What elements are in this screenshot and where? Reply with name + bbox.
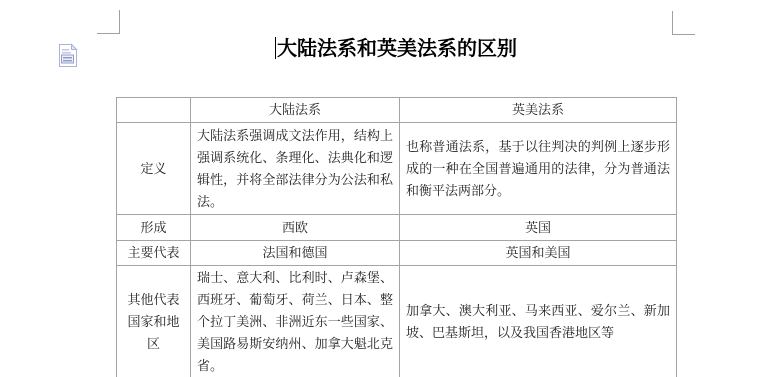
row-label[interactable]: 定义 (117, 123, 191, 215)
margin-crop-mark-top-right (672, 11, 673, 35)
margin-crop-mark-top-right (672, 34, 695, 35)
text-cursor (275, 37, 276, 59)
table-header-row: 大陆法系 英美法系 (117, 98, 677, 123)
table-row-definition: 定义 大陆法系强调成文法作用，结构上强调系统化、条理化、法典化和逻辑性，并将全部… (117, 123, 677, 215)
header-cell-common-law[interactable]: 英美法系 (400, 98, 677, 123)
cell-civil-other-regions[interactable]: 瑞士、意大利、比利时、卢森堡、西班牙、葡萄牙、荷兰、日本、整个拉丁美洲、非洲近东… (191, 266, 400, 377)
cell-common-representatives[interactable]: 英国和美国 (400, 241, 677, 266)
margin-crop-mark-top-left (97, 33, 120, 34)
document-icon[interactable] (57, 43, 79, 68)
cell-common-definition[interactable]: 也称普通法系，基于以往判决的判例上逐步形成的一种在全国普遍通用的法律，分为普通法… (400, 123, 677, 215)
document-page: 大陆法系和英美法系的区别 大陆法系 英美法系 定义 大陆法系强调成文法作用，结构… (0, 0, 784, 377)
cell-civil-formation[interactable]: 西欧 (191, 215, 400, 241)
row-label[interactable]: 主要代表 (117, 241, 191, 266)
margin-crop-mark-top-left (119, 10, 120, 34)
cell-civil-representatives[interactable]: 法国和德国 (191, 241, 400, 266)
header-cell-civil-law[interactable]: 大陆法系 (191, 98, 400, 123)
page-title[interactable]: 大陆法系和英美法系的区别 (277, 38, 517, 60)
table-row-formation: 形成 西欧 英国 (117, 215, 677, 241)
cell-common-formation[interactable]: 英国 (400, 215, 677, 241)
row-label[interactable]: 其他代表国家和地区 (117, 266, 191, 377)
table-row-main-representatives: 主要代表 法国和德国 英国和美国 (117, 241, 677, 266)
comparison-table: 大陆法系 英美法系 定义 大陆法系强调成文法作用，结构上强调系统化、条理化、法典… (116, 97, 677, 377)
table-row-other-regions: 其他代表国家和地区 瑞士、意大利、比利时、卢森堡、西班牙、葡萄牙、荷兰、日本、整… (117, 266, 677, 377)
row-label[interactable]: 形成 (117, 215, 191, 241)
cell-civil-definition[interactable]: 大陆法系强调成文法作用，结构上强调系统化、条理化、法典化和逻辑性，并将全部法律分… (191, 123, 400, 215)
header-cell-empty[interactable] (117, 98, 191, 123)
title-line: 大陆法系和英美法系的区别 (119, 37, 673, 61)
cell-common-other-regions[interactable]: 加拿大、澳大利亚、马来西亚、爱尔兰、新加坡、巴基斯坦，以及我国香港地区等 (400, 266, 677, 377)
